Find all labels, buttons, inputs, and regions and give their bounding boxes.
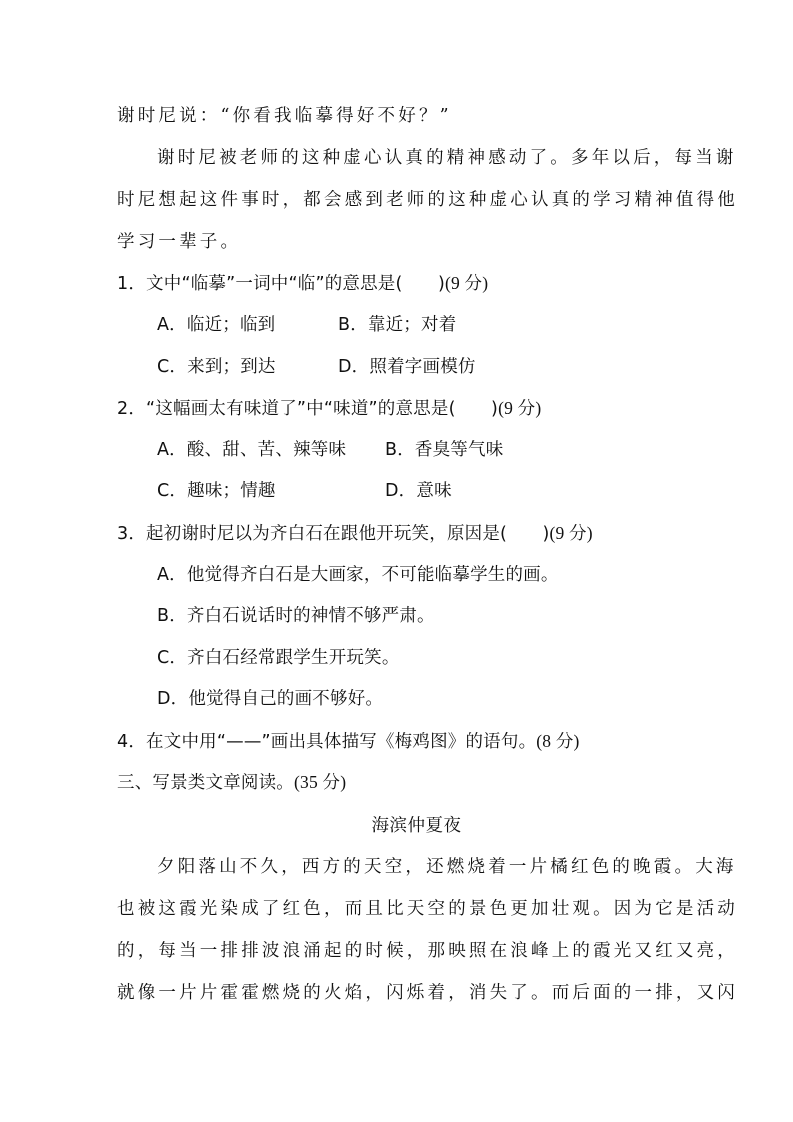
option-d[interactable]: D．意味 (385, 479, 452, 503)
option-a[interactable]: A．酸、甜、苦、辣等味 (157, 440, 346, 460)
article-line: 夕阳落山不久，西方的天空，还燃烧着一片橘红色的晚霞。大海 (157, 855, 737, 879)
question-points: (9 分) (498, 398, 541, 418)
section-heading: 三、写景类文章阅读。(35 分) (117, 770, 346, 795)
article-title: 海滨仲夏夜 (0, 814, 793, 838)
question-stem: “这幅画太有味道了”中“味道”的意思是( ) (146, 399, 498, 419)
exam-page: 谢时尼说：“你看我临摹得好不好？” 谢时尼被老师的这种虚心认真的精神感动了。多年… (0, 0, 793, 1122)
option-b[interactable]: B．香臭等气味 (385, 438, 503, 462)
question-points: (8 分) (536, 731, 579, 751)
question-stem: 文中“临摹”一词中“临”的意思是( ) (146, 274, 445, 294)
question-number: 2． (117, 399, 146, 419)
passage-line: 谢时尼被老师的这种虚心认真的精神感动了。多年以后，每当谢 (157, 146, 737, 170)
question-points: (9 分) (445, 273, 488, 293)
passage-line: 时尼想起这件事时，都会感到老师的这种虚心认真的学习精神值得他 (117, 188, 738, 212)
question-number: 4． (117, 732, 146, 752)
passage-line: 谢时尼说：“你看我临摹得好不好？” (117, 104, 452, 128)
option-c[interactable]: C．齐白石经常跟学生开玩笑。 (157, 646, 400, 670)
option-a[interactable]: A．临近；临到 (157, 315, 275, 335)
article-line: 的，每当一排排波浪涌起的时候，那映照在浪峰上的霞光又红又亮， (117, 939, 738, 963)
passage-line: 学习一辈子。 (117, 230, 241, 254)
article-line: 也被这霞光染成了红色，而且比天空的景色更加壮观。因为它是活动 (117, 897, 738, 921)
question-4: 4．在文中用“——”画出具体描写《梅鸡图》的语句。(8 分) (117, 729, 580, 754)
option-b[interactable]: B．靠近；对着 (338, 313, 456, 337)
option-d[interactable]: D．他觉得自己的画不够好。 (157, 687, 383, 711)
option-row: A．临近；临到 B．靠近；对着 (157, 313, 275, 337)
option-row: A．酸、甜、苦、辣等味 B．香臭等气味 (157, 438, 346, 462)
question-points: (9 分) (550, 523, 593, 543)
option-row: C．来到；到达 D．照着字画模仿 (157, 355, 276, 379)
option-d[interactable]: D．照着字画模仿 (338, 355, 476, 379)
question-2: 2．“这幅画太有味道了”中“味道”的意思是( )(9 分) (117, 396, 541, 421)
option-a[interactable]: A．他觉得齐白石是大画家，不可能临摹学生的画。 (157, 563, 559, 587)
question-number: 3． (117, 524, 146, 544)
question-3: 3．起初谢时尼以为齐白石在跟他开玩笑，原因是( )(9 分) (117, 521, 593, 546)
question-stem: 起初谢时尼以为齐白石在跟他开玩笑，原因是( ) (146, 524, 549, 544)
option-b[interactable]: B．齐白石说话时的神情不够严肃。 (157, 604, 435, 628)
question-number: 1． (117, 274, 146, 294)
option-row: C．趣味；情趣 D．意味 (157, 479, 276, 503)
question-stem: 在文中用“——”画出具体描写《梅鸡图》的语句。 (146, 732, 536, 752)
option-c[interactable]: C．趣味；情趣 (157, 481, 276, 501)
question-1: 1．文中“临摹”一词中“临”的意思是( )(9 分) (117, 271, 488, 296)
article-line: 就像一片片霍霍燃烧的火焰，闪烁着，消失了。而后面的一排，又闪 (117, 981, 738, 1005)
option-c[interactable]: C．来到；到达 (157, 357, 276, 377)
